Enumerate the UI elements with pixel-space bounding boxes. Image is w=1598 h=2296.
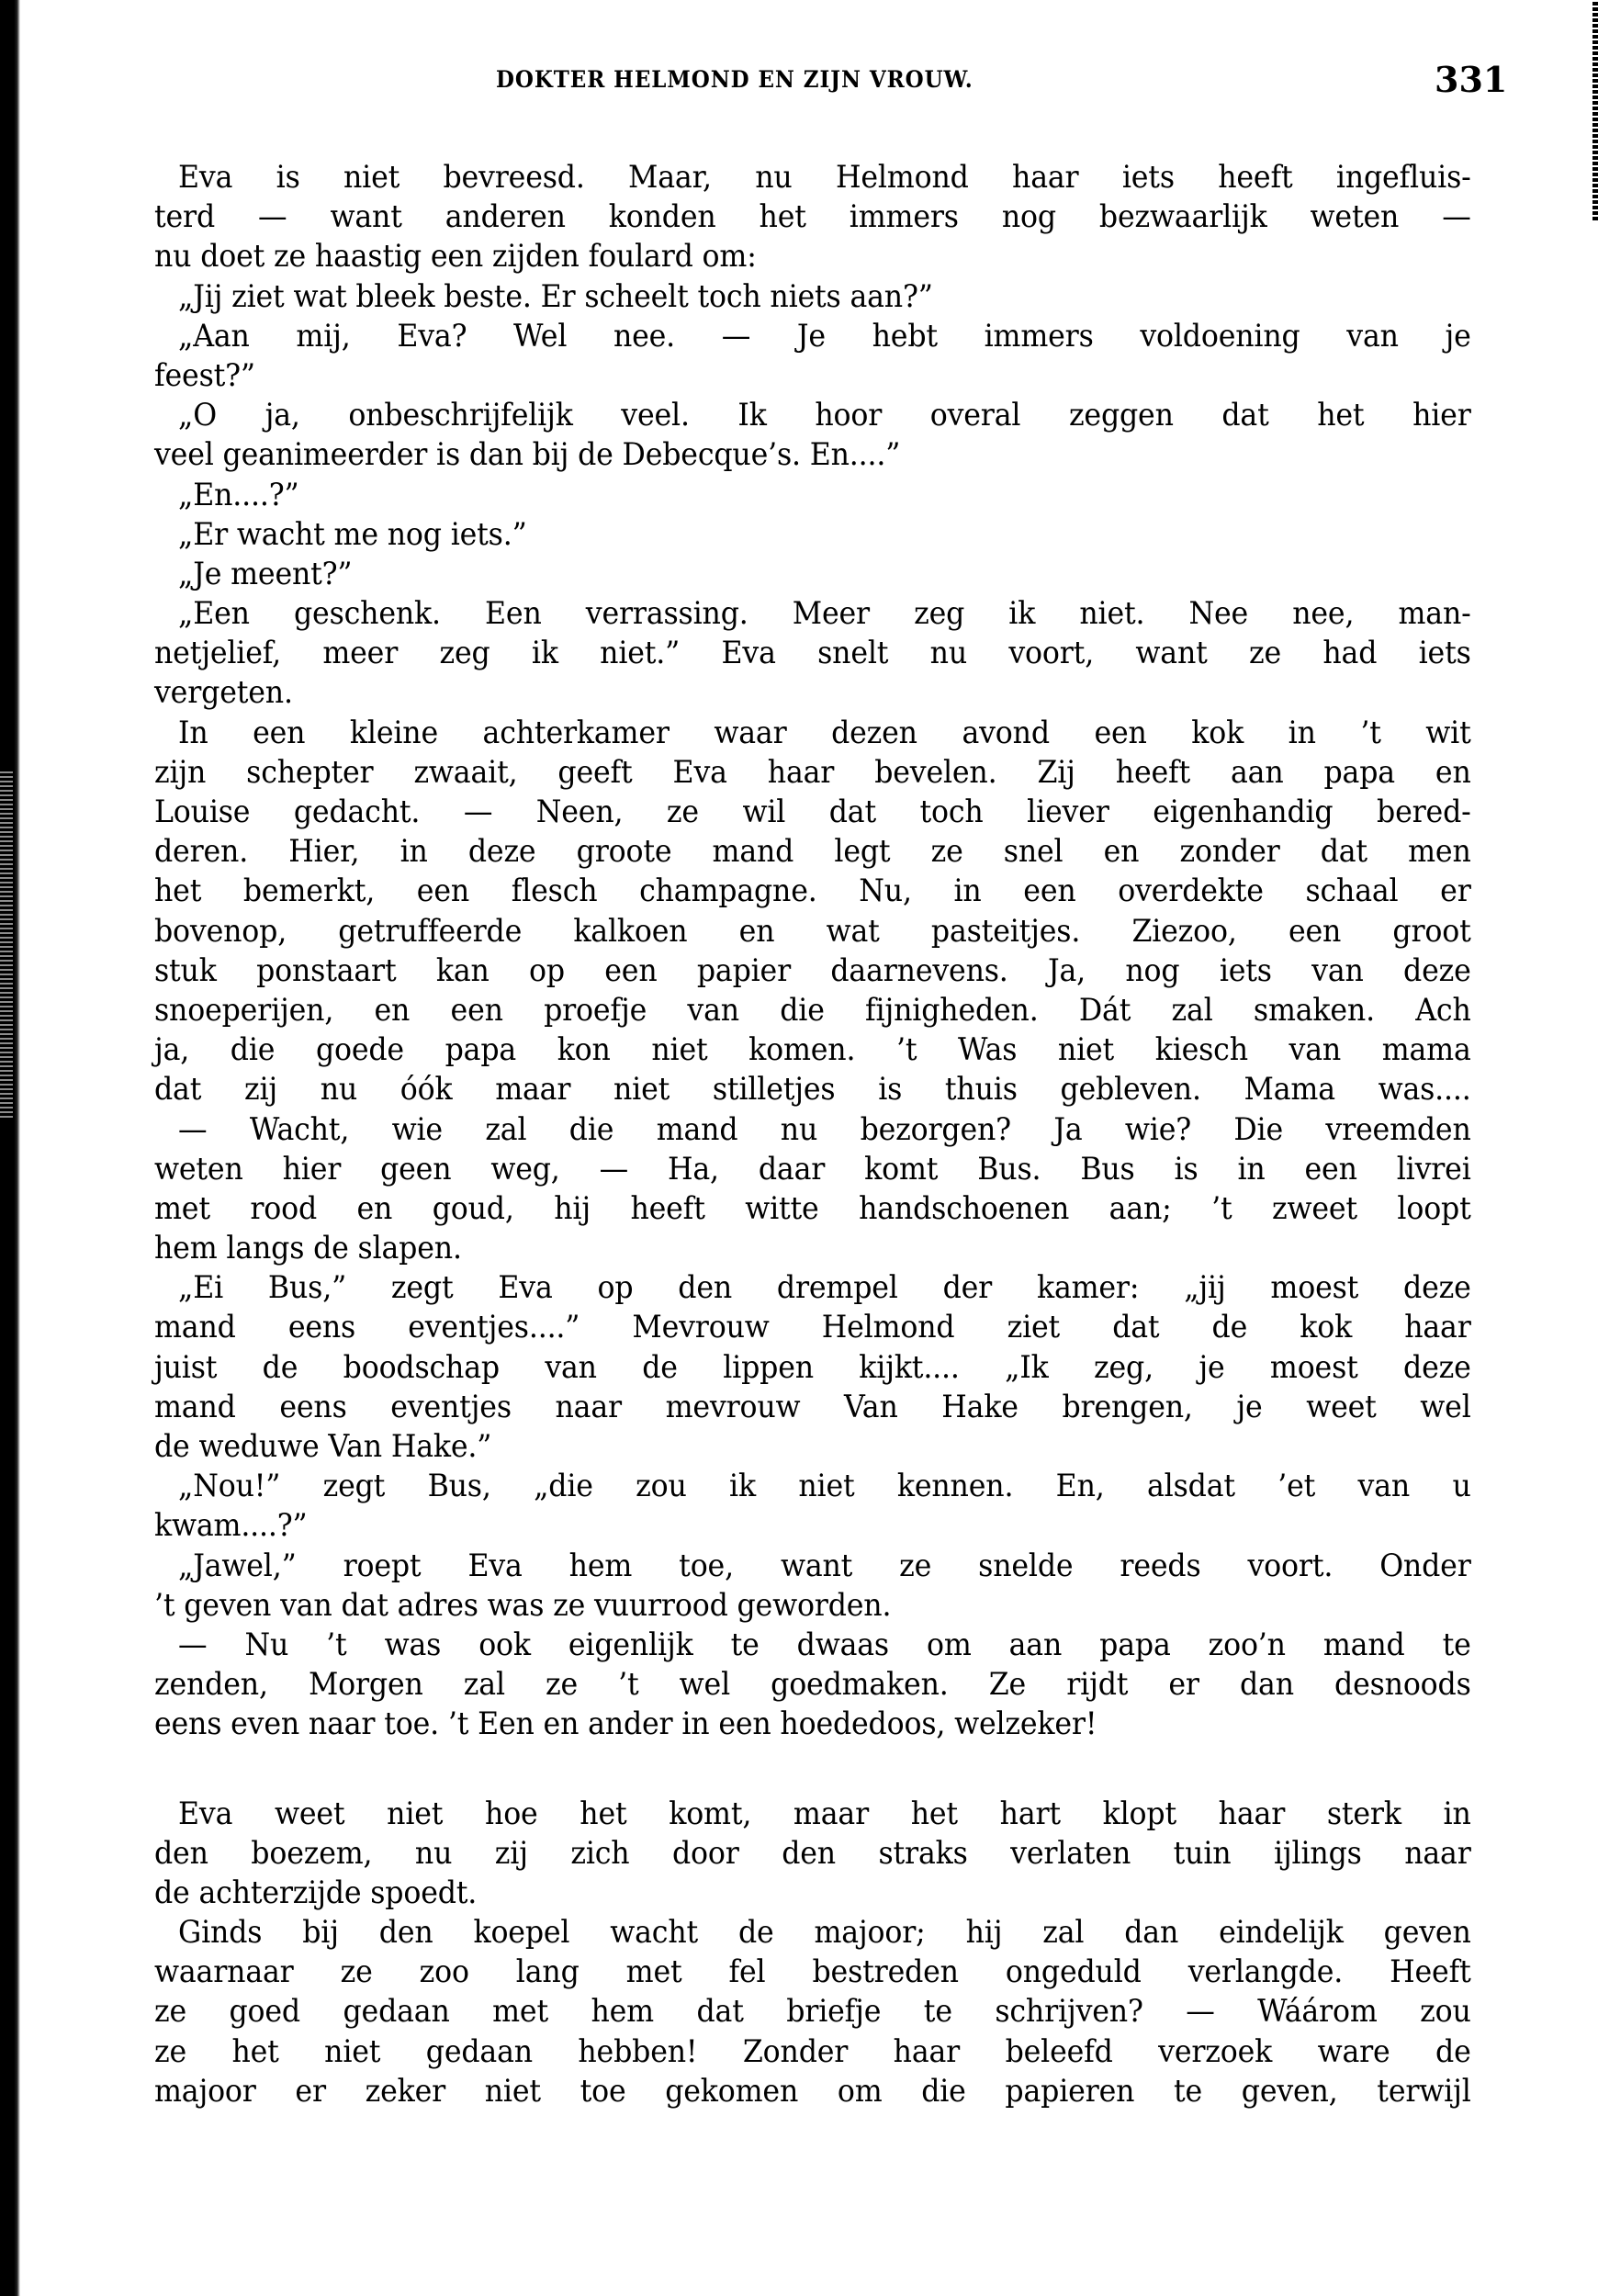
text-line: zijn schepter zwaait, geeft Eva haar bev… [154, 753, 1471, 793]
text-line: In een kleine achterkamer waar dezen avo… [154, 714, 1471, 753]
text-line: met rood en goud, hij heeft witte handsc… [154, 1189, 1471, 1229]
text-line: majoor er zeker niet toe gekomen om die … [154, 2072, 1471, 2111]
text-line: netjelief, meer zeg ik niet.” Eva snelt … [154, 634, 1471, 673]
text-line: mand eens eventjes....” Mevrouw Helmond … [154, 1308, 1471, 1347]
scan-shadow-left-edge [0, 0, 20, 2296]
text-line: „Aan mij, Eva? Wel nee. — Je hebt immers… [154, 317, 1471, 356]
text-line: „Jawel,” roept Eva hem toe, want ze snel… [154, 1547, 1471, 1586]
section-1: Eva is niet bevreesd. Maar, nu Helmond h… [154, 158, 1471, 1745]
text-line: feest?” [154, 356, 1471, 396]
page-body: Eva is niet bevreesd. Maar, nu Helmond h… [154, 158, 1471, 2111]
text-line: den boezem, nu zij zich door den straks … [154, 1834, 1471, 1874]
text-line: ja, die goede papa kon niet komen. ’t Wa… [154, 1030, 1471, 1070]
text-line: hem langs de slapen. [154, 1229, 1471, 1268]
page-number: 331 [1435, 59, 1507, 100]
text-line: „Een geschenk. Een verrassing. Meer zeg … [154, 594, 1471, 634]
text-line: nu doet ze haastig een zijden foulard om… [154, 237, 1471, 276]
text-line: de achterzijde spoedt. [154, 1874, 1471, 1913]
section-break [154, 1745, 1471, 1795]
text-line: het bemerkt, een flesch champagne. Nu, i… [154, 872, 1471, 911]
text-line: „Er wacht me nog iets.” [154, 515, 1471, 555]
text-line: vergeten. [154, 673, 1471, 713]
text-line: „Nou!” zegt Bus, „die zou ik niet kennen… [154, 1467, 1471, 1506]
text-line: deren. Hier, in deze groote mand legt ze… [154, 832, 1471, 872]
text-line: kwam....?” [154, 1506, 1471, 1546]
text-line: — Wacht, wie zal die mand nu bezorgen? J… [154, 1110, 1471, 1150]
text-line: „Ei Bus,” zegt Eva op den drempel der ka… [154, 1268, 1471, 1308]
text-line: Louise gedacht. — Neen, ze wil dat toch … [154, 793, 1471, 832]
text-line: dat zij nu óók maar niet stilletjes is t… [154, 1070, 1471, 1109]
text-line: — Nu ’t was ook eigenlijk te dwaas om aa… [154, 1626, 1471, 1665]
section-2: Eva weet niet hoe het komt, maar het har… [154, 1795, 1471, 2112]
text-line: Eva is niet bevreesd. Maar, nu Helmond h… [154, 158, 1471, 197]
text-line: eens even naar toe. ’t Een en ander in e… [154, 1705, 1471, 1744]
text-line: „Jij ziet wat bleek beste. Er scheelt to… [154, 277, 1471, 317]
text-line: veel geanimeerder is dan bij de Debecque… [154, 435, 1471, 475]
text-line: snoeperijen, en een proefje van die fijn… [154, 991, 1471, 1030]
text-line: waarnaar ze zoo lang met fel bestreden o… [154, 1953, 1471, 1992]
text-line: Eva weet niet hoe het komt, maar het har… [154, 1795, 1471, 1834]
text-line: bovenop, getruffeerde kalkoen en wat pas… [154, 912, 1471, 951]
text-line: „O ja, onbeschrijfelijk veel. Ik hoor ov… [154, 396, 1471, 435]
text-line: terd — want anderen konden het immers no… [154, 197, 1471, 237]
text-line: zenden, Morgen zal ze ’t wel goedmaken. … [154, 1665, 1471, 1705]
text-line: ze goed gedaan met hem dat briefje te sc… [154, 1992, 1471, 2032]
text-line: mand eens eventjes naar mevrouw Van Hake… [154, 1388, 1471, 1427]
text-line: Ginds bij den koepel wacht de majoor; hi… [154, 1913, 1471, 1953]
text-line: „Je meent?” [154, 555, 1471, 594]
running-head: DOKTER HELMOND EN ZIJN VROUW. [496, 66, 973, 93]
text-line: ze het niet gedaan hebben! Zonder haar b… [154, 2032, 1471, 2072]
text-line: „En....?” [154, 476, 1471, 515]
text-line: weten hier geen weg, — Ha, daar komt Bus… [154, 1150, 1471, 1189]
text-line: de weduwe Van Hake.” [154, 1427, 1471, 1467]
text-line: stuk ponstaart kan op een papier daarnev… [154, 951, 1471, 991]
scan-shadow-right-edge [1592, 0, 1598, 220]
text-line: juist de boodschap van de lippen kijkt..… [154, 1348, 1471, 1388]
text-line: ’t geven van dat adres was ze vuurrood g… [154, 1586, 1471, 1626]
